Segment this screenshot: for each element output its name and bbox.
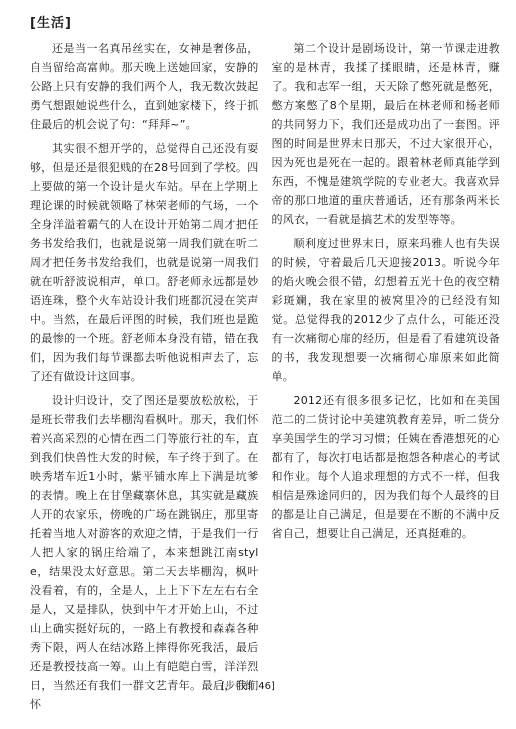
paragraph-right-3: 2012还有很多很多记忆，比如和在美国范二的二货讨论中美建筑教育差异，听二货分享… <box>272 391 501 543</box>
paragraph-left-3: 设计归设计，交了图还是要放松放松，于是班长带我们去毕棚沟看枫叶。那天，我们怀着兴… <box>30 391 259 714</box>
paragraph-right-1: 第二个设计是剧场设计，第一节课走进教室的是林青，我揉了揉眼睛，还是林青，赚了。我… <box>272 39 501 229</box>
page-footer: [步行街 46] <box>0 677 496 692</box>
paragraph-left-2: 其实很不想开学的，总觉得自己还没有耍够，但是还是很犯贱的在28号回到了学校。四上… <box>30 139 259 386</box>
left-column: 还是当一名真吊丝实在，女神是奢侈品，自当留给高富帅。那天晚上送她回家，安静的公路… <box>30 39 259 719</box>
article-columns: 还是当一名真吊丝实在，女神是奢侈品，自当留给高富帅。那天晚上送她回家，安静的公路… <box>30 39 500 719</box>
paragraph-left-1: 还是当一名真吊丝实在，女神是奢侈品，自当留给高富帅。那天晚上送她回家，安静的公路… <box>30 39 259 134</box>
paragraph-right-2: 顺利度过世界末日，原来玛雅人也有失误的时候，守着最后几天迎接2013。听说今年的… <box>272 234 501 386</box>
magazine-page: [生活] 还是当一名真吊丝实在，女神是奢侈品，自当留给高富帅。那天晚上送她回家，… <box>0 0 516 729</box>
section-tag: [生活] <box>30 12 500 31</box>
right-column: 第二个设计是剧场设计，第一节课走进教室的是林青，我揉了揉眼睛，还是林青，赚了。我… <box>272 39 501 719</box>
